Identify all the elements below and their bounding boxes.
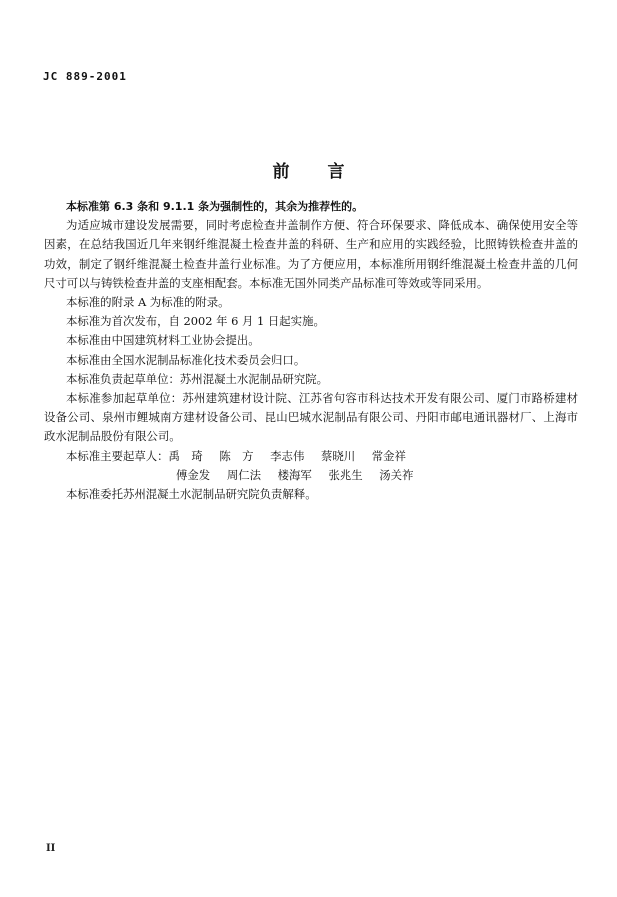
paragraph-centralized: 本标准由全国水泥制品标准化技术委员会归口。 — [44, 351, 578, 370]
drafters-row-1: 本标准主要起草人： 禹 琦 陈 方 李志伟 蔡晓川 常金祥 — [66, 447, 578, 466]
drafters-row-2: 傅金发 周仁法 楼海军 张兆生 汤关祚 — [66, 466, 578, 485]
paragraph-mandatory-clauses: 本标准第 6.3 条和 9.1.1 条为强制性的，其余为推荐性的。 — [44, 197, 578, 216]
drafter-name: 张兆生 — [328, 466, 362, 485]
paragraph-participating-drafters: 本标准参加起草单位：苏州建筑建材设计院、江苏省句容市科达技术开发有限公司、厦门市… — [44, 389, 578, 447]
title-char-1: 前 — [273, 162, 290, 182]
title-char-2: 言 — [328, 162, 345, 182]
foreword-body: 本标准第 6.3 条和 9.1.1 条为强制性的，其余为推荐性的。 为适应城市建… — [44, 197, 578, 504]
paragraph-proposer: 本标准由中国建筑材料工业协会提出。 — [44, 331, 578, 350]
drafter-name: 汤关祚 — [379, 466, 413, 485]
main-drafters: 本标准主要起草人： 禹 琦 陈 方 李志伟 蔡晓川 常金祥 傅金发 周仁法 楼海… — [44, 447, 578, 485]
drafter-name: 楼海军 — [278, 466, 312, 485]
standard-code: JC 889-2001 — [43, 70, 127, 83]
drafter-name: 周仁法 — [227, 466, 261, 485]
page-number: II — [46, 843, 55, 854]
page-title: 前言 — [0, 157, 617, 182]
drafter-name: 禹 琦 — [169, 447, 203, 466]
drafter-name: 陈 方 — [219, 447, 253, 466]
drafter-name: 蔡晓川 — [321, 447, 355, 466]
drafter-name: 傅金发 — [176, 466, 210, 485]
paragraph-lead-drafter: 本标准负责起草单位：苏州混凝土水泥制品研究院。 — [44, 370, 578, 389]
drafter-name: 李志伟 — [270, 447, 304, 466]
drafters-label: 本标准主要起草人： — [66, 447, 169, 466]
paragraph-interpretation: 本标准委托苏州混凝土水泥制品研究院负责解释。 — [44, 485, 578, 504]
paragraph-purpose: 为适应城市建设发展需要，同时考虑检查井盖制作方便、符合环保要求、降低成本、确保使… — [44, 216, 578, 293]
paragraph-appendix: 本标准的附录 A 为标准的附录。 — [44, 293, 578, 312]
drafter-name: 常金祥 — [372, 447, 406, 466]
paragraph-release: 本标准为首次发布，自 2002 年 6 月 1 日起实施。 — [44, 312, 578, 331]
